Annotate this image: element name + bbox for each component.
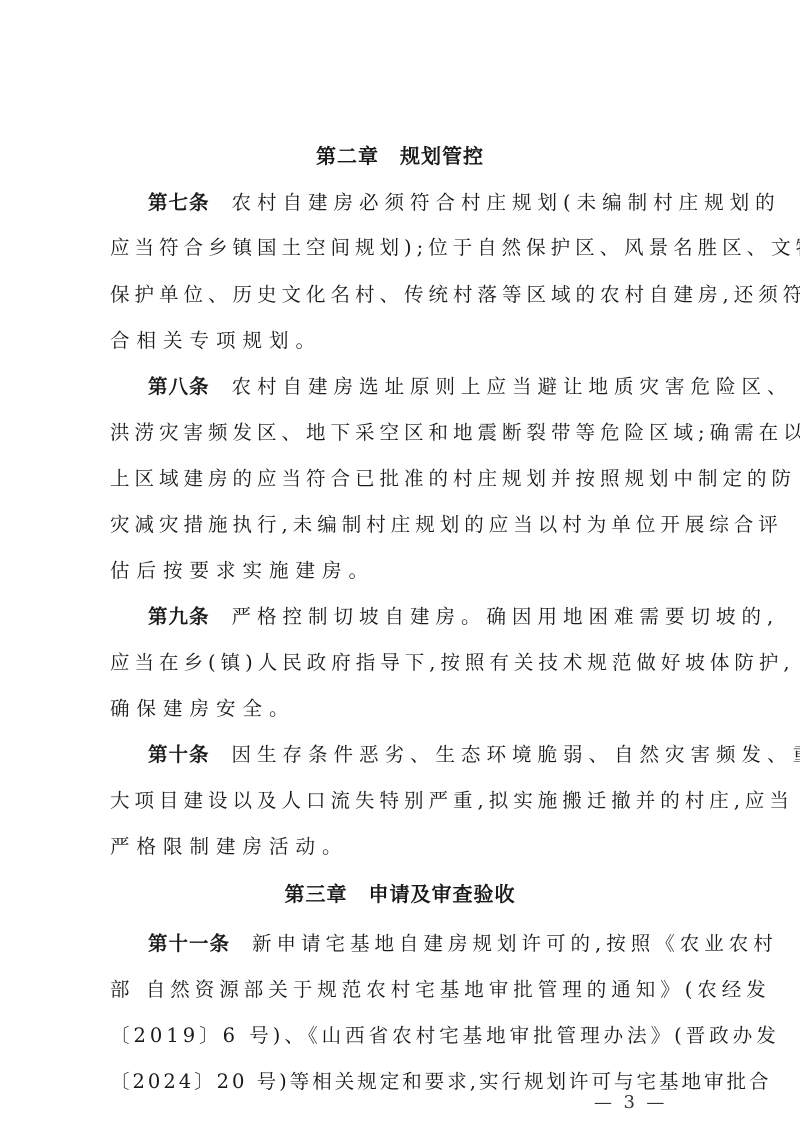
article-8-line-3: 上区域建房的应当符合已批准的村庄规划并按照规划中制定的防 [110,464,692,494]
article-8-text-1: 农村自建房选址原则上应当避让地质灾害危险区、 [232,372,793,402]
chapter-3-title: 第三章 申请及审查验收 [0,878,800,907]
article-10-line-1: 第十条因生存条件恶劣、生态环境脆弱、自然灾害频发、重 [148,740,692,770]
article-10-line-2: 大项目建设以及人口流失特别严重,拟实施搬迁撤并的村庄,应当 [110,786,692,816]
article-7-line-1: 第七条农村自建房必须符合村庄规划(未编制村庄规划的 [148,188,692,218]
page-number: — 3 — [594,1092,664,1113]
article-11-label: 第十一条 [148,929,230,959]
article-8-line-5: 估后按要求实施建房。 [110,556,692,586]
article-9-label: 第九条 [148,602,210,632]
article-9-line-2: 应当在乡(镇)人民政府指导下,按照有关技术规范做好坡体防护, [110,648,692,678]
article-11-line-3: 〔2019〕6 号)、《山西省农村宅基地审批管理办法》(晋政办发 [110,1021,692,1051]
article-10-text-1: 因生存条件恶劣、生态环境脆弱、自然灾害频发、重 [232,740,800,770]
article-7-line-3: 保护单位、历史文化名村、传统村落等区域的农村自建房,还须符 [110,280,692,310]
article-9-line-1: 第九条严格控制切坡自建房。确因用地困难需要切坡的, [148,602,692,632]
article-7-line-2: 应当符合乡镇国土空间规划);位于自然保护区、风景名胜区、文物 [110,233,692,263]
article-8-line-4: 灾减灾措施执行,未编制村庄规划的应当以村为单位开展综合评 [110,510,692,540]
article-9-line-3: 确保建房安全。 [110,694,692,724]
article-7-label: 第七条 [148,188,210,218]
article-10-line-3: 严格限制建房活动。 [110,832,692,862]
article-11-text-1: 新申请宅基地自建房规划许可的,按照《农业农村 [252,929,778,959]
article-10-label: 第十条 [148,740,210,770]
article-11-line-1: 第十一条新申请宅基地自建房规划许可的,按照《农业农村 [148,929,692,959]
article-7-line-4: 合相关专项规划。 [110,326,692,356]
article-8-line-1: 第八条农村自建房选址原则上应当避让地质灾害危险区、 [148,372,692,402]
article-8-line-2: 洪涝灾害频发区、地下采空区和地震断裂带等危险区域;确需在以 [110,418,692,448]
article-7-text-1: 农村自建房必须符合村庄规划(未编制村庄规划的 [232,188,781,218]
chapter-2-title: 第二章 规划管控 [0,140,800,169]
document-page: 第二章 规划管控 第七条农村自建房必须符合村庄规划(未编制村庄规划的 应当符合乡… [0,0,800,1132]
article-11-line-2: 部 自然资源部关于规范农村宅基地审批管理的通知》(农经发 [110,975,692,1005]
article-8-label: 第八条 [148,372,210,402]
article-9-text-1: 严格控制切坡自建房。确因用地困难需要切坡的, [232,602,780,632]
